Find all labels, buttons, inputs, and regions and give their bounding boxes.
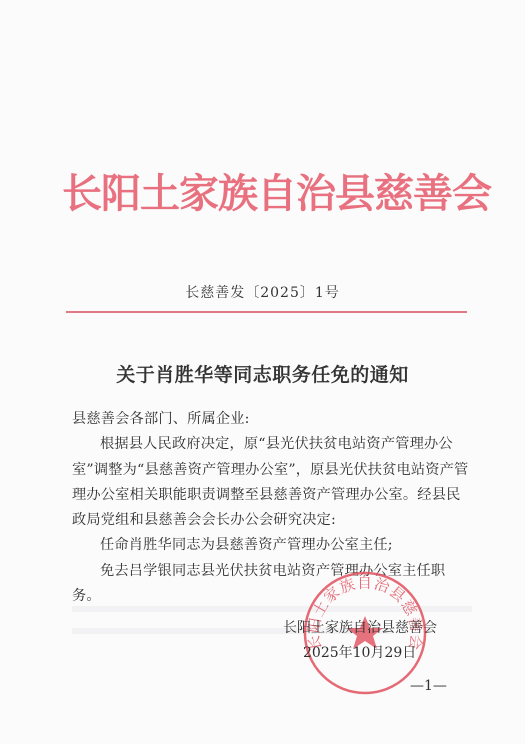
document-page: 长阳土家族自治县慈善会 长慈善发〔2025〕1号 关于肖胜华等同志职务任免的通知… [0,0,525,744]
paragraph-removal: 免去吕学银同志县光伏扶贫电站资产管理办公室主任职务。 [72,559,472,610]
document-title: 关于肖胜华等同志职务任免的通知 [0,360,525,387]
salutation: 县慈善会各部门、所属企业: [72,407,472,432]
signature-block: 长阳土家族自治县慈善会 2025年10月29日 [283,616,463,666]
red-divider-line [66,311,467,313]
signature-org: 长阳土家族自治县慈善会 [283,616,463,641]
masthead-title: 长阳土家族自治县慈善会 [62,168,464,220]
page-number: —1— [410,678,447,694]
paragraph-decision: 根据县人民政府决定，原“县光伏扶贫电站资产管理办公室”调整为“县慈善资产管理办公… [72,432,472,533]
document-body: 县慈善会各部门、所属企业: 根据县人民政府决定，原“县光伏扶贫电站资产管理办公室… [72,407,472,609]
document-number: 长慈善发〔2025〕1号 [0,282,525,302]
bleed-through-text [72,606,472,612]
signature-date: 2025年10月29日 [283,641,463,666]
paragraph-appointment: 任命肖胜华同志为县慈善资产管理办公室主任; [72,533,472,558]
